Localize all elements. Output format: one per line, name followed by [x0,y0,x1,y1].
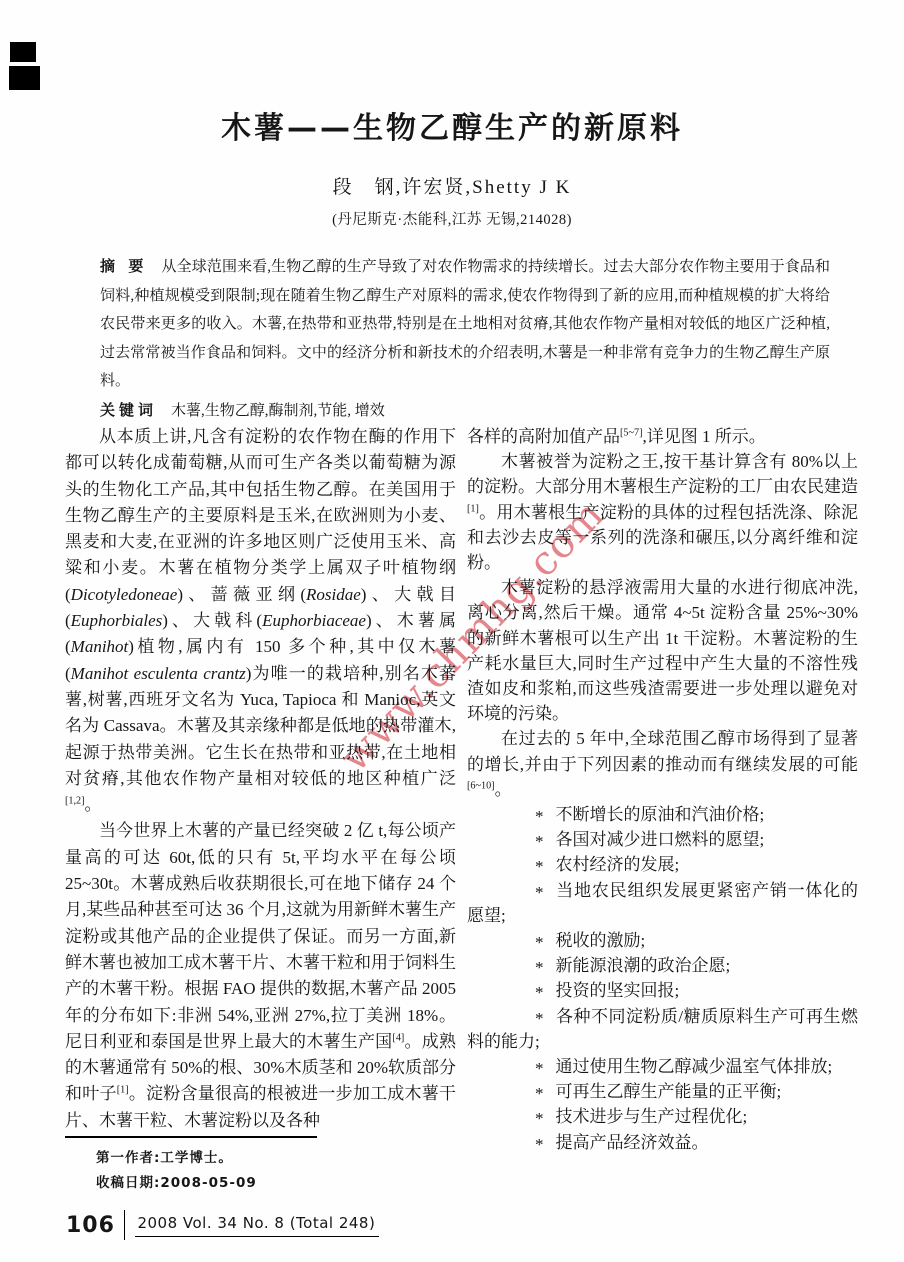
bullet-marker: * [501,1081,544,1106]
article-title: 木薯——生物乙醇生产的新原料 [0,103,904,147]
bullet-item: *各国对减少进口燃料的愿望; [467,827,858,852]
bullet-item: *税收的激励; [467,928,858,953]
body-paragraph: 从本质上讲,凡含有淀粉的农作物在酶的作用下都可以转化成葡萄糖,从而可生产各类以葡… [65,424,456,818]
bullet-item: *投资的坚实回报; [467,978,858,1003]
bullet-text: 投资的坚实回报; [556,981,680,1000]
footnote-block: 第一作者:工学博士。 收稿日期:2008-05-09 [96,1146,257,1196]
article-authors: 段 钢,许宏贤,Shetty J K [0,172,904,199]
bullet-marker: * [501,804,544,829]
bullet-text: 可再生乙醇生产能量的正平衡; [556,1082,782,1101]
footnote-received-date: 收稿日期:2008-05-09 [96,1171,257,1196]
body-paragraph: 木薯被誉为淀粉之王,按干基计算含有 80%以上的淀粉。大部分用木薯根生产淀粉的工… [467,449,858,575]
bullet-marker: * [501,1056,544,1081]
keywords-text: 木薯,生物乙醇,酶制剂,节能, 增效 [171,403,385,419]
bullet-marker: * [501,980,544,1005]
body-paragraph: 各样的高附加值产品[5~7],详见图 1 所示。 [467,424,858,449]
bullet-marker: * [501,930,544,955]
bullet-marker: * [501,1106,544,1131]
bullet-item: *新能源浪潮的政治企愿; [467,953,858,978]
bullet-text: 新能源浪潮的政治企愿; [556,956,731,975]
bullet-marker: * [501,854,544,879]
bullet-text: 不断增长的原油和汽油价格; [556,805,765,824]
bullet-text: 通过使用生物乙醇减少温室气体排放; [556,1057,833,1076]
bullet-text: 农村经济的发展; [556,855,680,874]
footnote-author: 第一作者:工学博士。 [96,1146,257,1171]
article-affiliation: (丹尼斯克·杰能科,江苏 无锡,214028) [0,208,904,229]
body-paragraph: 在过去的 5 年中,全球范围乙醇市场得到了显著的增长,并由于下列因素的推动而有继… [467,726,858,802]
journal-page-scan: www.chmhg.com 木薯——生物乙醇生产的新原料 段 钢,许宏贤,She… [0,0,904,1262]
body-paragraph: 当今世界上木薯的产量已经突破 2 亿 t,每公顷产量高的可达 60t,低的只有 … [65,818,456,1134]
bullet-item: *可再生乙醇生产能量的正平衡; [467,1079,858,1104]
footnote-rule [65,1136,317,1138]
bullet-marker: * [501,1132,544,1157]
bullet-item: *技术进步与生产过程优化; [467,1104,858,1129]
bullet-text: 提高产品经济效益。 [556,1133,709,1152]
body-paragraph: 木薯淀粉的悬浮液需用大量的水进行彻底冲洗,离心分离,然后干燥。通常 4~5t 淀… [467,575,858,726]
right-column: 各样的高附加值产品[5~7],详见图 1 所示。 木薯被誉为淀粉之王,按干基计算… [467,424,858,1155]
bullet-text: 各国对减少进口燃料的愿望; [556,830,765,849]
abstract-block: 摘 要从全球范围来看,生物乙醇的生产导致了对农作物需求的持续增长。过去大部分农作… [100,252,830,425]
bullet-marker: * [501,955,544,980]
page-number: 106 [66,1213,115,1238]
abstract-paragraph: 摘 要从全球范围来看,生物乙醇的生产导致了对农作物需求的持续增长。过去大部分农作… [100,252,830,396]
left-column: 从本质上讲,凡含有淀粉的农作物在酶的作用下都可以转化成葡萄糖,从而可生产各类以葡… [65,424,456,1134]
bullet-item: *当地农民组织发展更紧密产销一体化的愿望; [467,878,858,928]
footer-divider [124,1210,126,1240]
scan-artifact-mark [10,42,36,62]
abstract-text: 从全球范围来看,生物乙醇的生产导致了对农作物需求的持续增长。过去大部分农作物主要… [100,259,830,389]
keywords-line: 关键词木薯,生物乙醇,酶制剂,节能, 增效 [100,396,830,426]
bullet-item: *通过使用生物乙醇减少温室气体排放; [467,1054,858,1079]
keywords-label: 关键词 [100,401,157,419]
bullet-marker: * [501,880,544,905]
bullet-marker: * [501,1006,544,1031]
page-footer: 106 2008 Vol. 34 No. 8 (Total 248) [66,1210,379,1240]
bullet-marker: * [501,829,544,854]
bullet-item: *不断增长的原油和汽油价格; [467,802,858,827]
scan-artifact-mark [9,66,40,90]
abstract-label: 摘 要 [100,257,148,275]
bullet-item: *农村经济的发展; [467,852,858,877]
bullet-text: 技术进步与生产过程优化; [556,1107,748,1126]
bullet-item: *各种不同淀粉质/糖质原料生产可再生燃料的能力; [467,1004,858,1054]
issue-info: 2008 Vol. 34 No. 8 (Total 248) [135,1214,379,1237]
bullet-list: *不断增长的原油和汽油价格;*各国对减少进口燃料的愿望;*农村经济的发展;*当地… [467,802,858,1155]
bullet-text: 税收的激励; [556,931,646,950]
bullet-item: *提高产品经济效益。 [467,1130,858,1155]
